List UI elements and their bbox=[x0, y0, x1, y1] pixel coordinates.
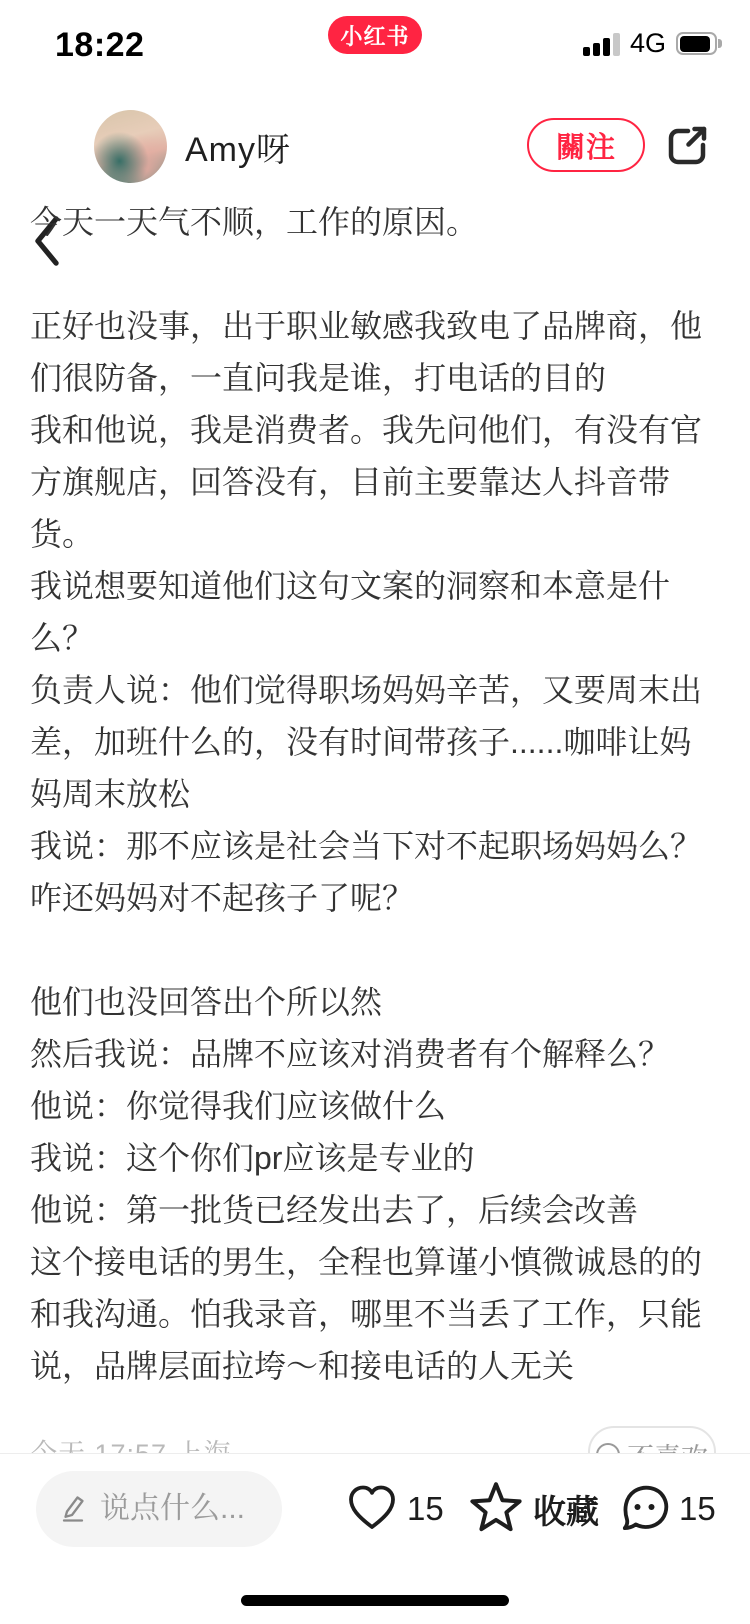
post-paragraph: 他说：第一批货已经发出去了，后续会改善 bbox=[30, 1184, 720, 1236]
comment-button[interactable]: 15 bbox=[618, 1454, 716, 1564]
post-paragraph: 我说想要知道他们这句文案的洞察和本意是什么？ bbox=[30, 560, 720, 664]
comment-input[interactable] bbox=[100, 1492, 262, 1526]
username[interactable]: Amy呀 bbox=[185, 122, 291, 171]
like-count: 15 bbox=[407, 1490, 444, 1528]
post-body: 今天一天气不顺，工作的原因。 正好也没事，出于职业敏感我致电了品牌商，他们很防备… bbox=[30, 196, 720, 1392]
comment-input-field[interactable] bbox=[36, 1471, 282, 1547]
post-header: Amy呀 關注 bbox=[0, 95, 750, 190]
bottom-action-bar: 15 收藏 15 bbox=[0, 1453, 750, 1624]
follow-button[interactable]: 關注 bbox=[527, 118, 645, 172]
post-paragraph: 负责人说：他们觉得职场妈妈辛苦，又要周末出差，加班什么的，没有时间带孩子....… bbox=[30, 664, 720, 820]
app-badge: 小红书 bbox=[328, 16, 422, 54]
home-indicator[interactable] bbox=[241, 1595, 509, 1606]
like-button[interactable]: 15 bbox=[346, 1454, 444, 1564]
status-bar: 18:22 小红书 4G bbox=[0, 0, 750, 88]
post-paragraph: 我说：这个你们pr应该是专业的 bbox=[30, 1132, 720, 1184]
xiaohongshu-post-screen: 18:22 小红书 4G Amy呀 關注 bbox=[0, 0, 750, 1624]
post-paragraph: 我和他说，我是消费者。我先问他们，有没有官方旗舰店，回答没有，目前主要靠达人抖音… bbox=[30, 404, 720, 560]
share-icon bbox=[663, 158, 711, 173]
status-indicators: 4G bbox=[583, 28, 722, 59]
comment-count: 15 bbox=[679, 1490, 716, 1528]
signal-icon bbox=[583, 32, 620, 56]
post-paragraph: 他说：你觉得我们应该做什么 bbox=[30, 1080, 720, 1132]
battery-icon bbox=[676, 32, 722, 55]
avatar[interactable] bbox=[94, 110, 167, 183]
post-paragraph: 正好也没事，出于职业敏感我致电了品牌商，他们很防备，一直问我是谁，打电话的目的 bbox=[30, 300, 720, 404]
post-paragraph: 今天一天气不顺，工作的原因。 bbox=[30, 196, 720, 248]
status-time: 18:22 bbox=[55, 26, 144, 65]
collect-button[interactable]: 收藏 bbox=[468, 1454, 599, 1564]
post-paragraph: 我说：那不应该是社会当下对不起职场妈妈么？咋还妈妈对不起孩子了呢？ bbox=[30, 820, 720, 924]
star-icon bbox=[468, 1480, 524, 1539]
post-paragraph: 他们也没回答出个所以然 bbox=[30, 976, 720, 1028]
pencil-icon bbox=[58, 1492, 100, 1527]
post-paragraph: 然后我说：品牌不应该对消费者有个解释么？ bbox=[30, 1028, 720, 1080]
network-type: 4G bbox=[630, 28, 666, 59]
comment-bubble-icon bbox=[618, 1482, 670, 1537]
collect-label: 收藏 bbox=[533, 1486, 599, 1533]
heart-icon bbox=[346, 1482, 398, 1537]
post-paragraph: 这个接电话的男生，全程也算谨小慎微诚恳的的和我沟通。怕我录音，哪里不当丢了工作，… bbox=[30, 1236, 720, 1392]
share-button[interactable] bbox=[663, 122, 711, 170]
